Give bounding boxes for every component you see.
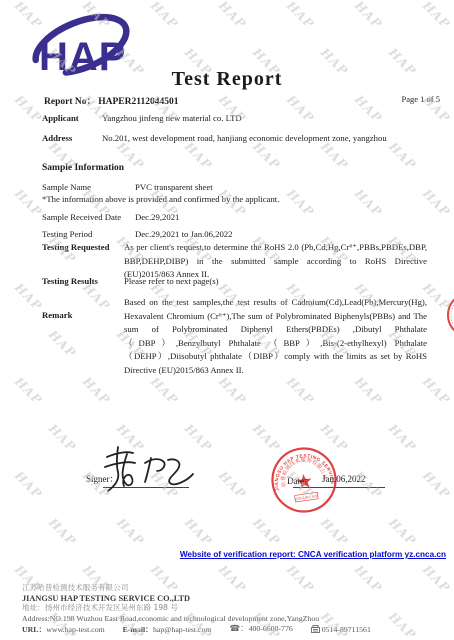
testing-requested-label: Testing Requested xyxy=(42,241,110,253)
footer-address-cn: 地址：扬州市经济技术开发区吴州东路 198 号 xyxy=(22,603,444,613)
address-value: No.201, west development road, hanjiang … xyxy=(102,132,430,144)
url-label: URL： xyxy=(22,625,46,634)
hap-watermark: HAP xyxy=(420,0,453,32)
fax-value: 0514-89711561 xyxy=(322,625,371,634)
hap-watermark: HAP xyxy=(250,515,283,548)
page-number: Page 1 of 5 xyxy=(402,94,440,104)
testing-results-label: Testing Results xyxy=(42,275,98,287)
test-report-page: HAP Test Report Report No： HAPER21120445… xyxy=(0,0,454,640)
sample-information-heading: Sample Information xyxy=(42,163,124,173)
applicant-label: Applicant xyxy=(42,112,79,124)
hap-watermark: HAP xyxy=(216,374,249,407)
sample-name-row: Sample Name PVC transparent sheet xyxy=(42,181,430,193)
remark-value: Based on the test samples,the test resul… xyxy=(124,296,427,378)
hap-watermark: HAP xyxy=(284,374,317,407)
verification-report-link[interactable]: Website of verification report: CNCA ver… xyxy=(180,550,446,559)
received-date-row: Sample Received Date Dec.29,2021 xyxy=(42,211,430,223)
hap-watermark: HAP xyxy=(216,468,249,501)
footer-contact-row: URL：www.hap-test.com E-mail：hap@hap-test… xyxy=(22,624,444,635)
hap-watermark: HAP xyxy=(352,374,385,407)
hap-watermark: HAP xyxy=(182,515,215,548)
email-label: E-mail： xyxy=(123,625,153,634)
testing-results-row: Testing Results Please refer to next pag… xyxy=(42,275,430,287)
footer: 江苏哈普检测技术服务有限公司 JIANGSU HAP TESTING SERVI… xyxy=(22,583,444,635)
hap-watermark: HAP xyxy=(148,374,181,407)
testing-period-label: Testing Period xyxy=(42,228,92,240)
hap-watermark: HAP xyxy=(386,421,419,454)
date-label: Date： xyxy=(287,474,313,487)
hap-watermark: HAP xyxy=(216,0,249,32)
footer-company-cn: 江苏哈普检测技术服务有限公司 xyxy=(22,583,444,593)
hap-watermark: HAP xyxy=(12,92,45,125)
hap-watermark: HAP xyxy=(12,468,45,501)
hap-watermark: HAP xyxy=(420,468,453,501)
applicant-note: *The information above is provided and c… xyxy=(42,194,279,204)
phone-value: 400-6600-776 xyxy=(249,624,293,633)
hap-watermark: HAP xyxy=(80,374,113,407)
handwritten-signature xyxy=(96,441,196,496)
footer-address-en: Address:NO.198 Wuzhou East Road,economic… xyxy=(22,614,444,624)
hap-watermark: HAP xyxy=(12,280,45,313)
hap-watermark: HAP xyxy=(250,139,283,172)
hap-watermark: HAP xyxy=(12,186,45,219)
testing-results-value: Please refer to next page(s) xyxy=(124,275,427,287)
url-value: www.hap-test.com xyxy=(46,625,104,634)
hap-watermark: HAP xyxy=(420,374,453,407)
email-value: hap@hap-test.com xyxy=(153,625,212,634)
phone-icon: ☎： xyxy=(229,625,248,635)
hap-watermark: HAP xyxy=(46,421,79,454)
remark-row: Remark Based on the test samples,the tes… xyxy=(42,296,430,378)
hap-watermark: HAP xyxy=(46,515,79,548)
report-no-label: Report No： xyxy=(44,97,96,107)
sample-name-value: PVC transparent sheet xyxy=(135,181,430,193)
address-label: Address xyxy=(42,132,72,144)
sample-name-label: Sample Name xyxy=(42,181,91,193)
hap-watermark: HAP xyxy=(318,139,351,172)
date-value: Jan.06,2022 xyxy=(322,474,366,484)
page-title: Test Report xyxy=(0,68,454,91)
testing-period-row: Testing Period Dec.29,2021 to Jan.06,202… xyxy=(42,228,430,240)
footer-company-en: JIANGSU HAP TESTING SERVICE CO.,LTD xyxy=(22,594,444,604)
hap-watermark: HAP xyxy=(182,139,215,172)
received-date-label: Sample Received Date xyxy=(42,211,121,223)
hap-watermark: HAP xyxy=(148,0,181,32)
testing-period-value: Dec.29,2021 to Jan.06,2022 xyxy=(135,228,430,240)
hap-watermark: HAP xyxy=(12,374,45,407)
hap-watermark: HAP xyxy=(352,0,385,32)
applicant-row: Applicant Yangzhou jinfeng new material … xyxy=(42,112,430,124)
applicant-value: Yangzhou jinfeng new material co. LTD xyxy=(102,112,430,124)
address-row: Address No.201, west development road, h… xyxy=(42,132,430,144)
hap-watermark: HAP xyxy=(386,515,419,548)
report-number-row: Report No： HAPER2112044501 Page 1 of 5 xyxy=(44,93,440,107)
hap-watermark: HAP xyxy=(386,139,419,172)
hap-watermark: HAP xyxy=(318,515,351,548)
report-no-value: HAPER2112044501 xyxy=(98,97,178,107)
remark-label: Remark xyxy=(42,309,72,321)
hap-watermark: HAP xyxy=(284,0,317,32)
hap-watermark: HAP xyxy=(114,515,147,548)
edge-partial-stamp xyxy=(441,288,454,344)
fax-icon xyxy=(311,625,320,633)
received-date-value: Dec.29,2021 xyxy=(135,211,430,223)
